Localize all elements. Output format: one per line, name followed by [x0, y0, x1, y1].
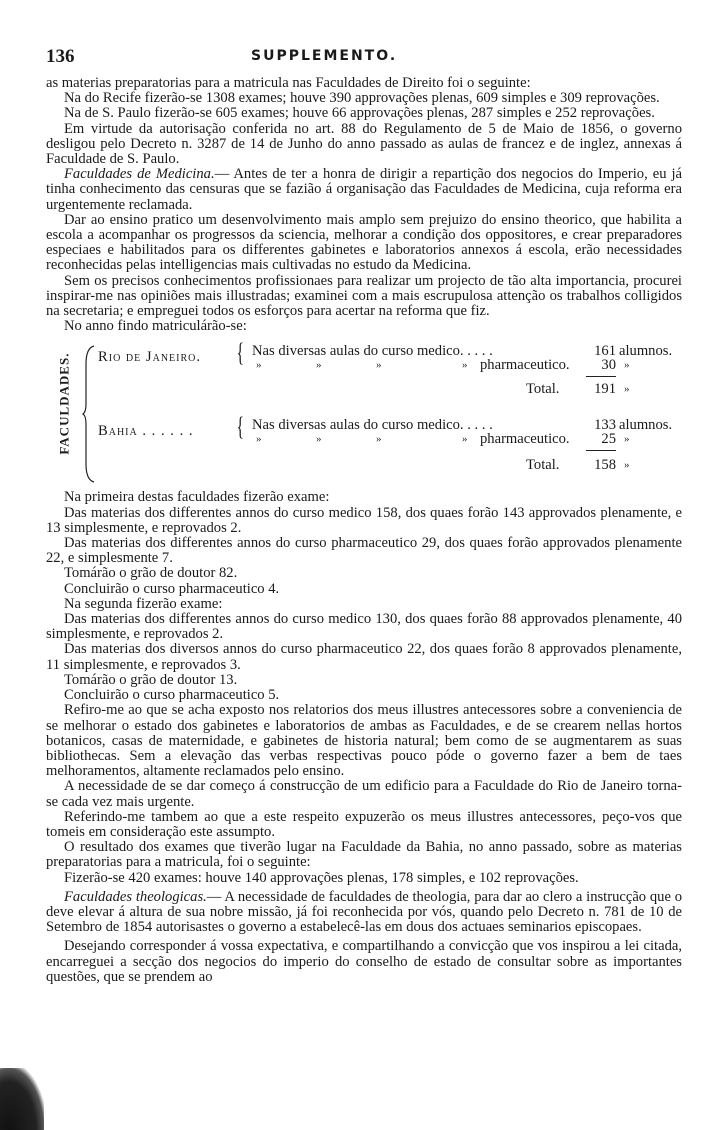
total-unit: »	[624, 458, 630, 473]
row-description: Nas diversas aulas do curso medico. . . …	[252, 344, 493, 359]
paragraph: Sem os precisos conhecimentos profission…	[46, 274, 682, 320]
row-value: 25	[582, 432, 616, 447]
row-unit: »	[624, 358, 630, 373]
row-course: pharmaceutico.	[480, 358, 570, 373]
paragraph: Concluirão o curso pharmaceutico 5.	[46, 688, 682, 703]
table-total-row: Total. 191 »	[46, 382, 686, 397]
page-number: 136	[46, 46, 75, 68]
row-value: 30	[582, 358, 616, 373]
paragraph: Na do Recife fizerão-se 1308 exames; hou…	[46, 91, 682, 106]
ditto-mark: »	[376, 432, 382, 447]
paragraph: No anno findo matriculárão-se:	[46, 319, 682, 334]
body-text: as materias preparatorias para a matricu…	[46, 76, 682, 985]
ditto-mark: »	[316, 432, 322, 447]
paragraph: Na de S. Paulo fizerão-se 605 exames; ho…	[46, 106, 682, 121]
ditto-mark: »	[462, 358, 468, 373]
paragraph: Tomárão o grão de doutor 82.	[46, 566, 682, 581]
paragraph: as materias preparatorias para a matricu…	[46, 76, 682, 91]
paragraph: A necessidade de se dar começo á constru…	[46, 779, 682, 809]
section-lead: Faculdades theologicas.	[64, 889, 207, 905]
paragraph: Desejando corresponder á vossa expectati…	[46, 939, 682, 985]
total-unit: »	[624, 382, 630, 397]
ditto-mark: »	[256, 432, 262, 447]
enrollment-table: FACULDADES. Rio de Janeiro. { Nas divers…	[46, 338, 682, 490]
sum-rule	[586, 376, 616, 377]
paragraph: Na primeira destas faculdades fizerão ex…	[46, 490, 682, 505]
table-row: Rio de Janeiro. { Nas diversas aulas do …	[46, 344, 686, 359]
scan-artifact	[0, 1068, 44, 1130]
table-total-row: Total. 158 »	[46, 458, 686, 473]
row-unit: »	[624, 432, 630, 447]
ditto-mark: »	[316, 358, 322, 373]
table-row: » » » » pharmaceutico. 30 »	[46, 358, 686, 373]
row-description: Nas diversas aulas do curso medico. . . …	[252, 418, 493, 433]
section-lead: Faculdades de Medicina.	[64, 166, 215, 182]
paragraph: O resultado dos exames que tiverão lugar…	[46, 840, 682, 870]
total-value: 158	[582, 458, 616, 473]
paragraph: Das materias dos differentes annos do cu…	[46, 506, 682, 536]
row-course: pharmaceutico.	[480, 432, 570, 447]
paragraph: Das materias dos differentes annos do cu…	[46, 536, 682, 566]
paragraph-theologicas: Faculdades theologicas.— A necessidade d…	[46, 890, 682, 936]
running-head: SUPPLEMENTO.	[251, 48, 397, 64]
row-unit: alumnos.	[619, 418, 672, 433]
row-unit: alumnos.	[619, 344, 672, 359]
paragraph: Dar ao ensino pratico um desenvolvimento…	[46, 213, 682, 274]
table-row: » » » » pharmaceutico. 25 »	[46, 432, 686, 447]
ditto-mark: »	[376, 358, 382, 373]
page-header: 136 SUPPLEMENTO.	[46, 46, 686, 66]
paragraph: Em virtude da autorisação conferida no a…	[46, 122, 682, 168]
ditto-mark: »	[462, 432, 468, 447]
paragraph: Refiro-me ao que se acha exposto nos rel…	[46, 703, 682, 779]
sum-rule	[586, 450, 616, 451]
paragraph: Na segunda fizerão exame:	[46, 597, 682, 612]
paragraph: Concluirão o curso pharmaceutico 4.	[46, 582, 682, 597]
paragraph: Tomárão o grão de doutor 13.	[46, 673, 682, 688]
paragraph: Das materias dos differentes annos do cu…	[46, 612, 682, 642]
paragraph: Fizerão-se 420 exames: houve 140 approva…	[46, 871, 682, 886]
paragraph: Referindo-me tambem ao que a este respei…	[46, 810, 682, 840]
total-label: Total.	[526, 458, 559, 473]
table-row: Bahia . . . . . . { Nas diversas aulas d…	[46, 418, 686, 433]
total-label: Total.	[526, 382, 559, 397]
ditto-mark: »	[256, 358, 262, 373]
total-value: 191	[582, 382, 616, 397]
paragraph: Das materias dos diversos annos do curso…	[46, 642, 682, 672]
paragraph-medicina: Faculdades de Medicina.— Antes de ter a …	[46, 167, 682, 213]
